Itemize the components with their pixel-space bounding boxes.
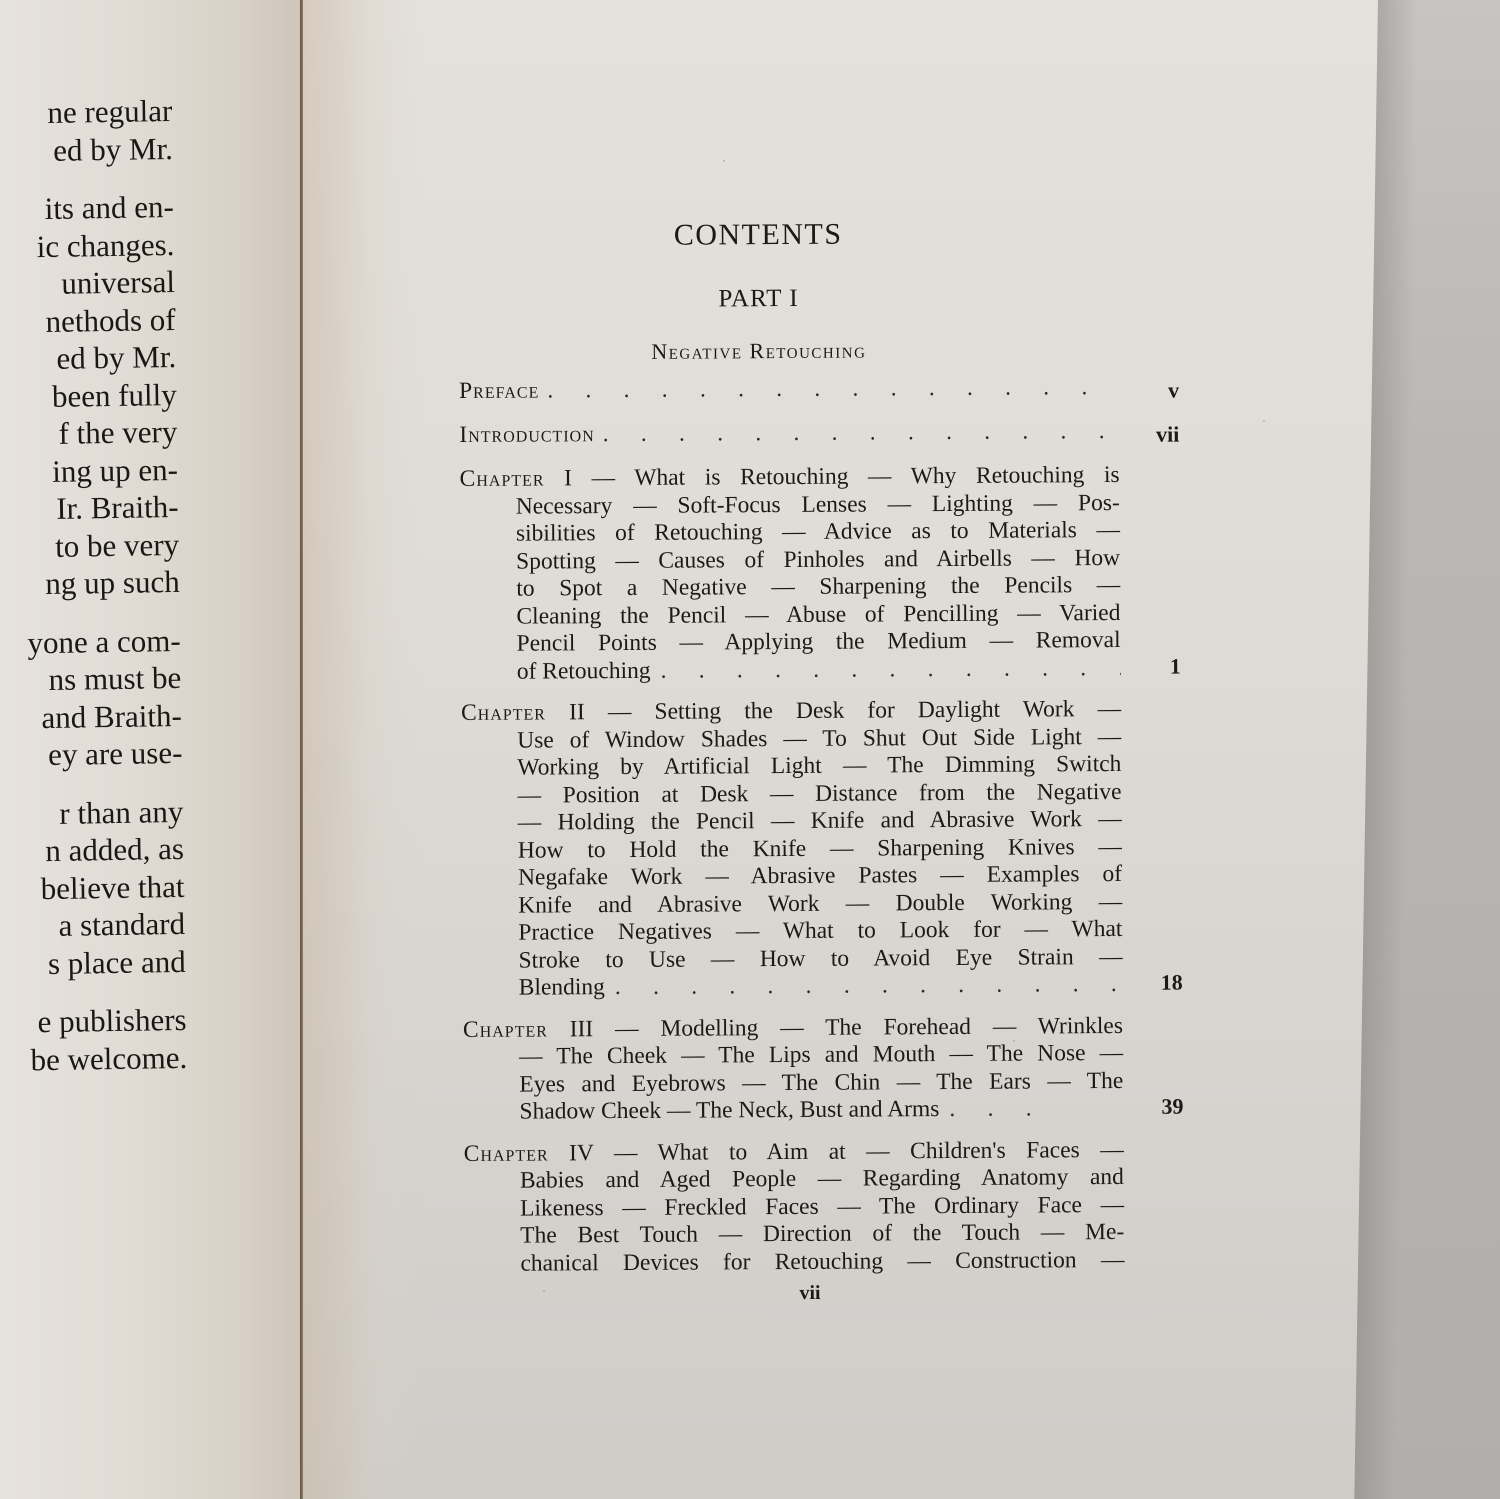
chapter-topic: What to Aim at — Children's Faces —	[657, 1136, 1123, 1165]
chapter-topic: What is Retouching — Why Retouching is	[634, 462, 1120, 491]
contents-title: CONTENTS	[398, 211, 1118, 265]
chapter-label: Chapter	[463, 1016, 548, 1043]
left-line: ed by Mr.	[0, 129, 173, 173]
toc-page-number: 39	[1123, 1093, 1183, 1121]
toc-chapter-4: Chapter IV — What to Aim at — Children's…	[464, 1136, 1125, 1278]
chapter-line: — Position at Desk — Distance from the N…	[461, 778, 1121, 810]
chapter-line: — Holding the Pencil — Knife and Abrasiv…	[462, 806, 1122, 838]
dot-leader: . . . . . . . . . . . . . . . . . . . . …	[615, 971, 1123, 1002]
toc-chapter-3: Chapter III — Modelling — The Forehead —…	[463, 1012, 1124, 1126]
chapter-topic: Setting the Desk for Daylight Work —	[654, 696, 1121, 725]
chapter-line: of Retouching. . . . . . . . . . . . . .…	[461, 654, 1121, 686]
left-line: ey are use-	[0, 734, 183, 778]
chapter-line: Necessary — Soft-Focus Lenses — Lighting…	[460, 489, 1120, 521]
chapter-topic: Modelling — The Forehead — Wrinkles	[660, 1012, 1123, 1041]
toc-entry-label: Preface	[459, 378, 539, 406]
chapter-topic: of Retouching	[517, 657, 651, 685]
chapter-number: IV	[569, 1140, 594, 1166]
toc-chapter-1: Chapter I — What is Retouching — Why Ret…	[460, 462, 1121, 686]
chapter-line: The Best Touch — Direction of the Touch …	[464, 1219, 1124, 1251]
dot-leader: . . .	[949, 1095, 1123, 1124]
toc-page-number: vii	[1119, 420, 1179, 448]
toc-entry-introduction: Introduction . . . . . . . . . . . . . .…	[459, 418, 1119, 452]
chapter-line: Chapter III — Modelling — The Forehead —…	[463, 1012, 1123, 1044]
chapter-line: Chapter I — What is Retouching — Why Ret…	[460, 462, 1120, 494]
chapter-line: Chapter II — Setting the Desk for Daylig…	[461, 696, 1121, 728]
chapter-line: Blending. . . . . . . . . . . . . . . . …	[463, 971, 1123, 1003]
chapter-number: II	[569, 699, 585, 725]
table-of-contents: CONTENTS PART I Negative Retouching Pref…	[458, 211, 1185, 1292]
chapter-line: — The Cheek — The Lips and Mouth — The N…	[463, 1040, 1123, 1072]
chapter-line: Stroke to Use — How to Avoid Eye Strain …	[462, 943, 1122, 975]
chapter-line: Spotting — Causes of Pinholes and Airbel…	[460, 544, 1120, 576]
toc-page-number: v	[1119, 376, 1179, 404]
chapter-topic: Blending	[519, 974, 605, 1002]
chapter-number: I	[564, 465, 572, 491]
chapter-line: sibilities of Retouching — Advice as to …	[460, 517, 1120, 549]
part-heading: PART I	[398, 277, 1118, 321]
chapter-line: How to Hold the Knife — Sharpening Knive…	[462, 833, 1122, 865]
chapter-line: Shadow Cheek — The Neck, Bust and Arms. …	[463, 1095, 1123, 1127]
dot-leader: . . . . . . . . . . . . . . . . . . . . …	[547, 374, 1119, 405]
dot-leader: . . . . . . . . . . . . . . . . . . . . …	[603, 418, 1120, 449]
chapter-number: III	[570, 1016, 594, 1042]
chapter-line: Babies and Aged People — Regarding Anato…	[464, 1164, 1124, 1196]
chapter-line: Knife and Abrasive Work — Double Working…	[462, 888, 1122, 920]
chapter-label: Chapter	[464, 1140, 549, 1167]
chapter-line: to Spot a Negative — Sharpening the Penc…	[460, 572, 1120, 604]
chapter-line: Likeness — Freckled Faces — The Ordinary…	[464, 1191, 1124, 1223]
chapter-line: Use of Window Shades — To Shut Out Side …	[461, 723, 1121, 755]
left-page-text: ne regular ed by Mr. its and en- ic chan…	[0, 92, 187, 1082]
chapter-line: Negafake Work — Abrasive Pastes — Exampl…	[462, 861, 1122, 893]
chapter-line: Working by Artificial Light — The Dimmin…	[461, 751, 1121, 783]
toc-page-number: 1	[1121, 652, 1181, 680]
chapter-line: Chapter IV — What to Aim at — Children's…	[464, 1136, 1124, 1168]
left-page: ne regular ed by Mr. its and en- ic chan…	[0, 0, 300, 1499]
dot-leader: . . . . . . . . . . . . . . . . . . . . …	[661, 654, 1121, 684]
chapter-line: Cleaning the Pencil — Abuse of Pencillin…	[460, 599, 1120, 631]
chapter-line: Pencil Points — Applying the Medium — Re…	[461, 627, 1121, 659]
left-line: be welcome.	[0, 1038, 187, 1082]
left-line: s place and	[0, 942, 186, 986]
chapter-line: Eyes and Eyebrows — The Chin — The Ears …	[463, 1067, 1123, 1099]
toc-entry-preface: Preface . . . . . . . . . . . . . . . . …	[459, 374, 1119, 408]
part-subtitle: Negative Retouching	[399, 329, 1119, 373]
paper-speck	[1263, 420, 1265, 422]
chapter-line: Practice Negatives — What to Look for — …	[462, 916, 1122, 948]
book-gutter	[300, 0, 303, 1499]
chapter-topic: Shadow Cheek — The Neck, Bust and Arms	[519, 1096, 939, 1126]
chapter-label: Chapter	[460, 465, 545, 492]
left-line: ng up such	[0, 563, 180, 607]
paper-speck	[723, 160, 725, 162]
toc-page-number: 18	[1123, 969, 1183, 997]
page-folio: vii	[780, 1282, 840, 1305]
chapter-label: Chapter	[461, 699, 546, 726]
chapter-line: chanical Devices for Retouching — Constr…	[464, 1246, 1124, 1278]
toc-chapter-2: Chapter II — Setting the Desk for Daylig…	[461, 696, 1123, 1003]
toc-entry-label: Introduction	[459, 421, 595, 449]
